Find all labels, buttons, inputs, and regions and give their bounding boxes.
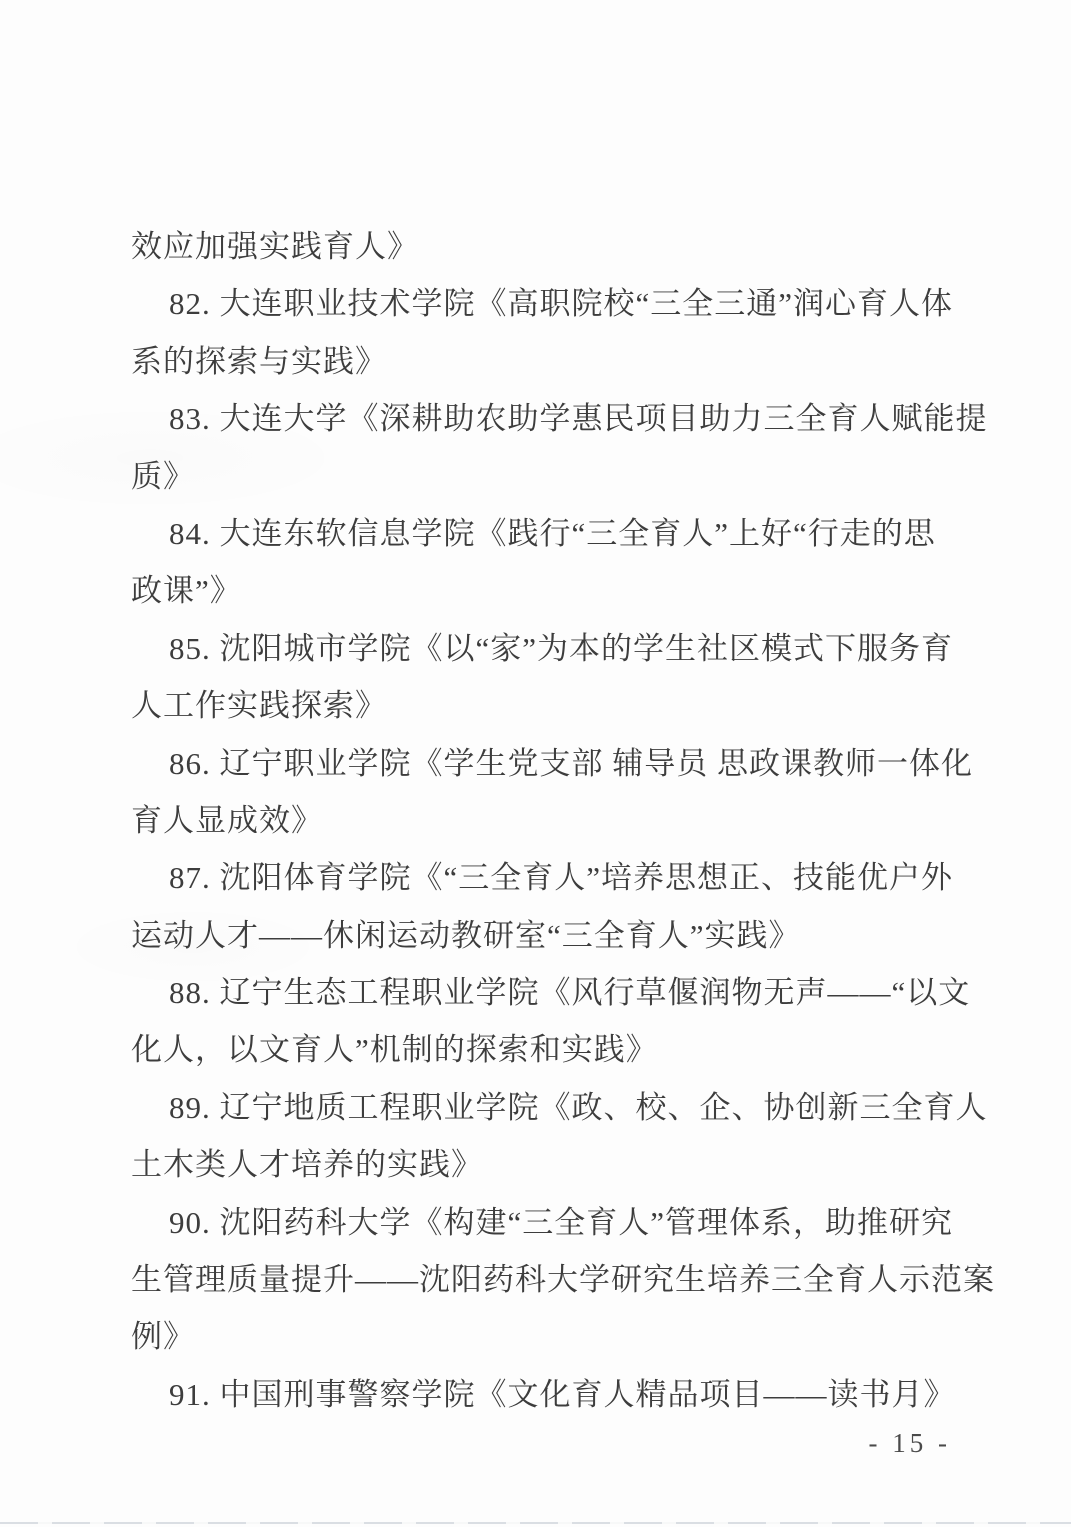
document-line: 91. 中国刑事警察学院《文化育人精品项目——读书月》 <box>131 1366 956 1423</box>
document-line: 83. 大连大学《深耕助农助学惠民项目助力三全育人赋能提 <box>131 390 956 447</box>
document-line: 运动人才——休闲运动教研室“三全育人”实践》 <box>131 907 956 964</box>
document-line: 84. 大连东软信息学院《践行“三全育人”上好“行走的思 <box>131 505 956 562</box>
document-line: 生管理质量提升——沈阳药科大学研究生培养三全育人示范案 <box>131 1251 956 1308</box>
document-line: 化人，以文育人”机制的探索和实践》 <box>131 1021 956 1078</box>
document-line: 质》 <box>131 448 956 505</box>
document-body: 效应加强实践育人》82. 大连职业技术学院《高职院校“三全三通”润心育人体系的探… <box>131 218 956 1423</box>
document-line: 87. 沈阳体育学院《“三全育人”培养思想正、技能优户外 <box>131 849 956 906</box>
document-line: 效应加强实践育人》 <box>131 218 956 275</box>
document-line: 例》 <box>131 1308 956 1365</box>
document-line: 85. 沈阳城市学院《以“家”为本的学生社区模式下服务育 <box>131 620 956 677</box>
document-line: 86. 辽宁职业学院《学生党支部 辅导员 思政课教师一体化 <box>131 735 956 792</box>
document-line: 88. 辽宁生态工程职业学院《风行草偃润物无声——“以文 <box>131 964 956 1021</box>
document-line: 政课”》 <box>131 562 956 619</box>
document-line: 土木类人才培养的实践》 <box>131 1136 956 1193</box>
document-line: 育人显成效》 <box>131 792 956 849</box>
document-line: 82. 大连职业技术学院《高职院校“三全三通”润心育人体 <box>131 275 956 332</box>
document-line: 系的探索与实践》 <box>131 333 956 390</box>
document-line: 89. 辽宁地质工程职业学院《政、校、企、协创新三全育人 <box>131 1079 956 1136</box>
document-line: 90. 沈阳药科大学《构建“三全育人”管理体系，助推研究 <box>131 1194 956 1251</box>
page-number: - 15 - <box>869 1428 951 1459</box>
document-line: 人工作实践探索》 <box>131 677 956 734</box>
scan-bottom-edge <box>0 1522 1071 1524</box>
document-page: 效应加强实践育人》82. 大连职业技术学院《高职院校“三全三通”润心育人体系的探… <box>0 0 1071 1527</box>
